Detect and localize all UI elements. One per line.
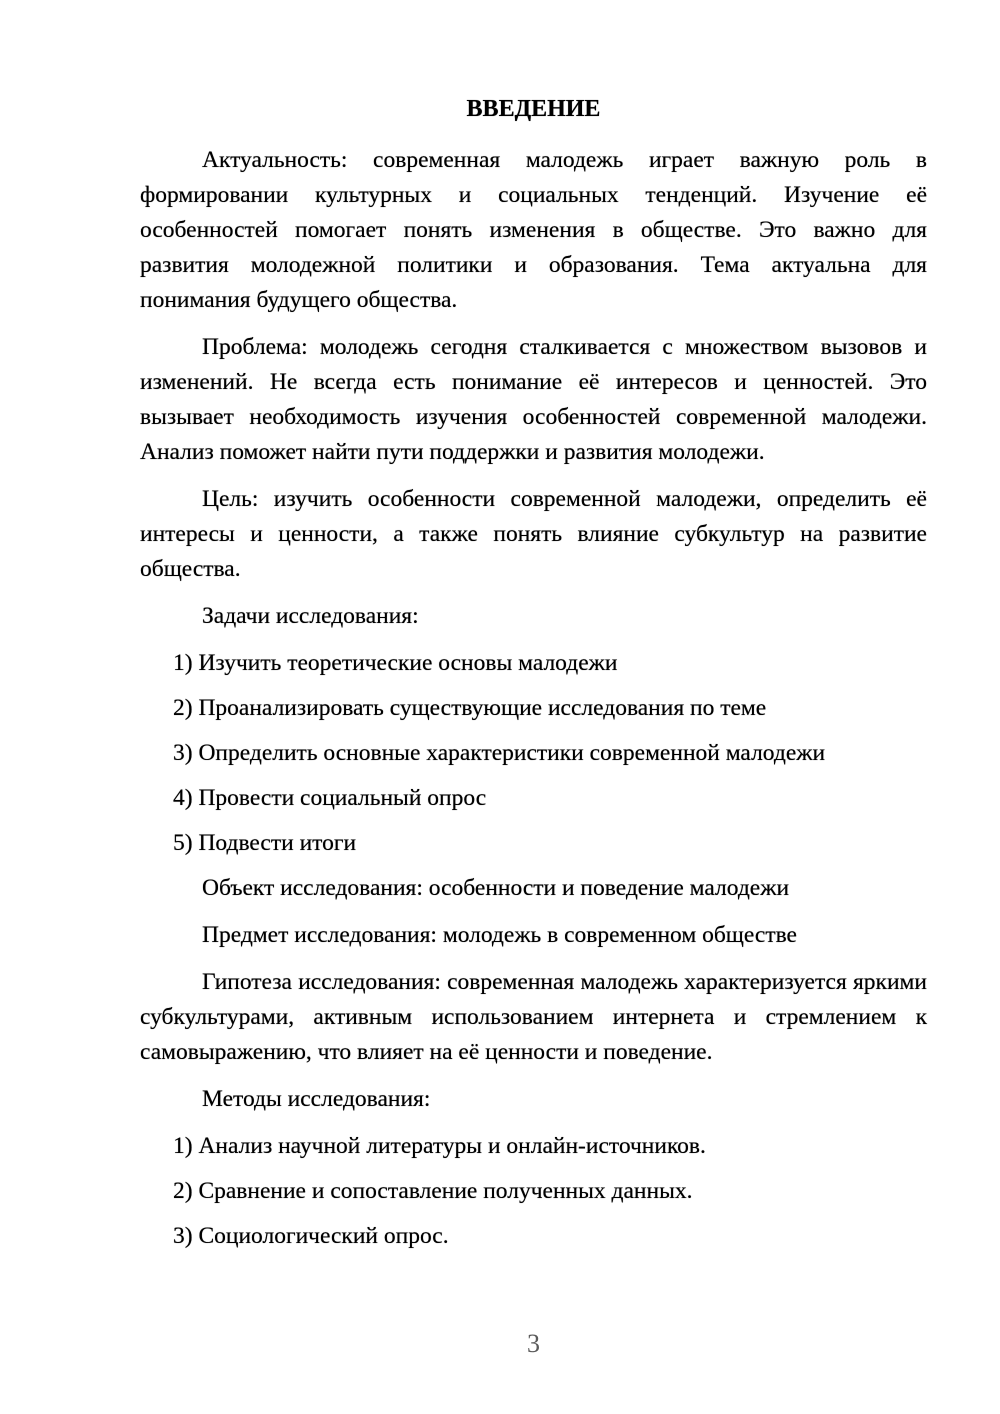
page-number: 3 (140, 1326, 927, 1361)
method-item-1: 1) Анализ научной литературы и онлайн-ис… (140, 1129, 927, 1164)
task-item-5: 5) Подвести итоги (140, 826, 927, 861)
task-item-4: 4) Провести социальный опрос (140, 781, 927, 816)
method-item-3: 3) Социологический опрос. (140, 1219, 927, 1254)
method-item-2: 2) Сравнение и сопоставление полученных … (140, 1174, 927, 1209)
task-item-2: 2) Проанализировать существующие исследо… (140, 691, 927, 726)
document-page: ВВЕДЕНИЕ Актуальность: современная малод… (0, 0, 1000, 1414)
task-item-3: 3) Определить основные характеристики со… (140, 736, 927, 771)
task-item-1: 1) Изучить теоретические основы малодежи (140, 646, 927, 681)
paragraph-relevance: Актуальность: современная малодежь играе… (140, 143, 927, 318)
paragraph-problem: Проблема: молодежь сегодня сталкивается … (140, 330, 927, 470)
paragraph-research-subject: Предмет исследования: молодежь в совреме… (140, 918, 927, 953)
paragraph-research-object: Объект исследования: особенности и повед… (140, 871, 927, 906)
methods-heading: Методы исследования: (140, 1082, 927, 1117)
paragraph-goal: Цель: изучить особенности современной ма… (140, 482, 927, 587)
paragraph-hypothesis: Гипотеза исследования: современная малод… (140, 965, 927, 1070)
page-title: ВВЕДЕНИЕ (140, 92, 927, 127)
document-content: ВВЕДЕНИЕ Актуальность: современная малод… (140, 92, 927, 1264)
tasks-heading: Задачи исследования: (140, 599, 927, 634)
